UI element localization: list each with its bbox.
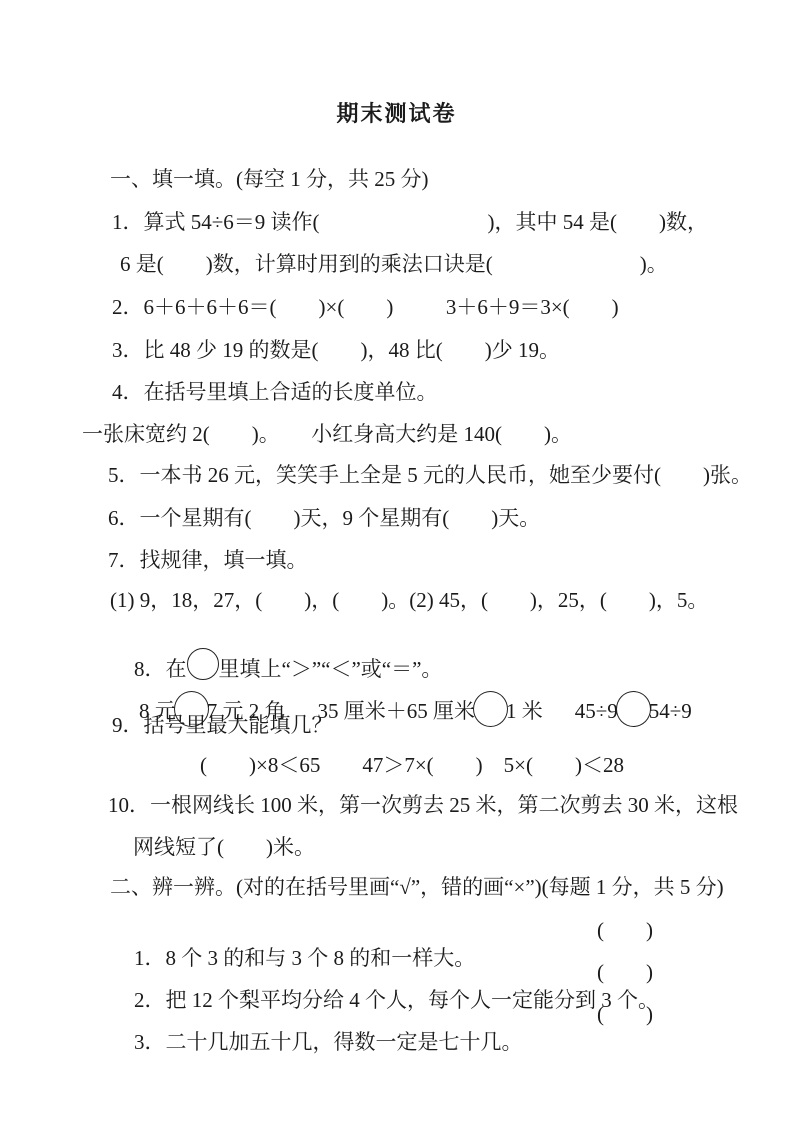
section2-item-3: 3．二十几加五十几，得数一定是七十几。 ( ) bbox=[113, 1000, 713, 1112]
compare-2-left: 35 厘米＋65 厘米 bbox=[318, 699, 476, 723]
test-paper-page: 期末测试卷 一、填一填。(每空 1 分，共 25 分) 1．算式 54÷6＝9 … bbox=[0, 0, 793, 1122]
compare-3-right: 54÷9 bbox=[649, 699, 692, 723]
section2-heading: 二、辨一辨。(对的在括号里画“√”，错的画“×”)(每题 1 分，共 5 分) bbox=[110, 873, 724, 901]
comparison-circle bbox=[473, 691, 508, 727]
question-2: 2．6＋6＋6＋6＝( )×( ) 3＋6＋9＝3×( ) bbox=[112, 293, 619, 321]
page-title: 期末测试卷 bbox=[0, 100, 793, 128]
section2-item-3-text: 3．二十几加五十几，得数一定是七十几。 bbox=[134, 1030, 523, 1054]
question-1-line-2: 6 是( )数，计算时用到的乘法口诀是( )。 bbox=[120, 250, 668, 278]
compare-2-right: 1 米 bbox=[506, 699, 543, 723]
question-3: 3．比 48 少 19 的数是( )，48 比( )少 19。 bbox=[112, 336, 560, 364]
question-9-line-2: ( )×8＜65 47＞7×( ) 5×( )＜28 bbox=[200, 751, 624, 779]
section2-item-2-blank: ( ) bbox=[597, 958, 653, 986]
compare-3-left: 45÷9 bbox=[575, 699, 618, 723]
question-10-line-2: 网线短了( )米。 bbox=[133, 833, 315, 861]
question-6: 6．一个星期有( )天，9 个星期有( )天。 bbox=[108, 504, 540, 532]
question-8-comparisons: 8 元7 元 2 角35 厘米＋65 厘米1 米45÷954÷9 bbox=[118, 663, 692, 755]
comparison-circle bbox=[616, 691, 651, 727]
section2-item-1-blank: ( ) bbox=[597, 916, 653, 944]
question-7-line-2: (1) 9，18，27，( )，( )。(2) 45，( )，25，( )，5。 bbox=[110, 586, 708, 614]
section2-item-3-blank: ( ) bbox=[597, 1000, 653, 1028]
question-7: 7．找规律，填一填。 bbox=[108, 546, 308, 574]
question-9: 9．括号里最大能填几？ bbox=[112, 711, 333, 739]
section1-heading: 一、填一填。(每空 1 分，共 25 分) bbox=[110, 165, 429, 193]
question-5: 5．一本书 26 元，笑笑手上全是 5 元的人民币，她至少要付( )张。 bbox=[108, 461, 752, 489]
question-4-line-2: 一张床宽约 2( )。 小红身高大约是 140( )。 bbox=[82, 420, 572, 448]
question-4: 4．在括号里填上合适的长度单位。 bbox=[112, 378, 438, 406]
question-1-line-1: 1．算式 54÷6＝9 读作( )，其中 54 是( )数， bbox=[112, 208, 708, 236]
question-10-line-1: 10．一根网线长 100 米，第一次剪去 25 米，第二次剪去 30 米，这根 bbox=[108, 791, 738, 819]
